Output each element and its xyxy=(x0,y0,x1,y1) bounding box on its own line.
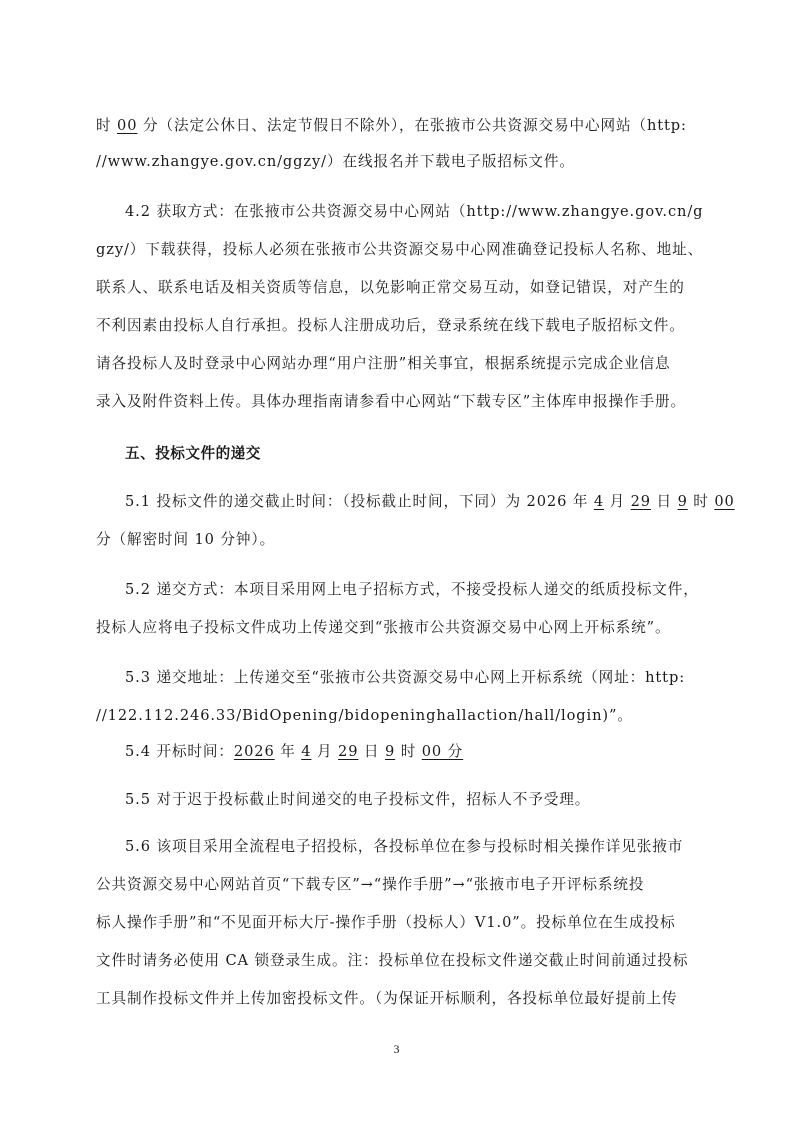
text: 时 xyxy=(688,493,715,510)
text-line: 联系人、联系电话及相关资质等信息，以免影响正常交易互动，如登记错误，对产生的 xyxy=(96,278,706,298)
text-line: 5.3 递交地址：上传递交至“张掖市公共资源交易中心网上开标系统（网址：http… xyxy=(125,668,735,688)
underlined-day: 29 xyxy=(338,743,358,760)
text-line: 录入及附件资料上传。具体办理指南请参看中心网站“下载专区”主体库申报操作手册。 xyxy=(96,392,706,412)
text-line: 公共资源交易中心网站首页“下载专区”→“操作手册”→“张掖市电子开评标系统投 xyxy=(96,875,706,895)
text-line: 分（解密时间 10 分钟）。 xyxy=(96,530,706,550)
underlined-minute: 00 xyxy=(714,493,734,510)
document-page: 时 00 分（法定公休日、法定节假日不除外），在张掖市公共资源交易中心网站（ht… xyxy=(0,0,793,1122)
text-line: //www.zhangye.gov.cn/ggzy/）在线报名并下载电子版招标文… xyxy=(96,152,706,172)
text-line: 5.2 递交方式：本项目采用网上电子招标方式，不接受投标人递交的纸质投标文件， xyxy=(125,580,735,600)
text-line: //122.112.246.33/BidOpening/bidopeningha… xyxy=(96,706,706,726)
section-heading: 五、投标文件的递交 xyxy=(125,444,735,464)
text: 日 xyxy=(651,493,678,510)
text-line: 5.6 该项目采用全流程电子招投标，各投标单位在参与投标时相关操作详见张掖市 xyxy=(125,837,735,857)
text: 时 xyxy=(395,743,422,760)
text: 月 xyxy=(604,493,631,510)
text-line: 4.2 获取方式：在张掖市公共资源交易中心网站（http://www.zhang… xyxy=(125,202,735,222)
underlined-hour: 9 xyxy=(678,493,688,510)
text-line: gzy/）下载获得，投标人必须在张掖市公共资源交易中心网准确登记投标人名称、地址… xyxy=(96,240,706,260)
underlined-minute: 00 xyxy=(117,117,137,134)
text-line: 5.4 开标时间：2026 年 4 月 29 日 9 时 00 分 xyxy=(125,742,735,762)
text: 月 xyxy=(311,743,338,760)
text-line: 请各投标人及时登录中心网站办理“用户注册”相关事宜，根据系统提示完成企业信息 xyxy=(96,354,706,374)
text-line: 文件时请务必使用 CA 锁登录生成。注：投标单位在投标文件递交截止时间前通过投标 xyxy=(96,951,706,971)
text: 日 xyxy=(358,743,385,760)
text: 时 xyxy=(96,117,117,134)
text: 5.1 投标文件的递交截止时间：（投标截止时间，下同）为 2026 年 xyxy=(125,493,594,510)
underlined-year: 2026 xyxy=(234,743,275,760)
text: 年 xyxy=(275,743,302,760)
underlined-hour: 9 xyxy=(385,743,395,760)
text: 5.4 开标时间： xyxy=(125,743,234,760)
text: 分（法定公休日、法定节假日不除外），在张掖市公共资源交易中心网站（http: xyxy=(137,117,686,134)
underlined-day: 29 xyxy=(631,493,651,510)
text-line: 投标人应将电子投标文件成功上传递交到“张掖市公共资源交易中心网上开标系统”。 xyxy=(96,618,706,638)
text-line: 时 00 分（法定公休日、法定节假日不除外），在张掖市公共资源交易中心网站（ht… xyxy=(96,116,706,136)
underlined-month: 4 xyxy=(594,493,604,510)
text-line: 5.5 对于迟于投标截止时间递交的电子投标文件，招标人不予受理。 xyxy=(125,790,735,810)
text-line: 不利因素由投标人自行承担。投标人注册成功后，登录系统在线下载电子版招标文件。 xyxy=(96,316,706,336)
page-number: 3 xyxy=(0,1042,793,1057)
text-line: 5.1 投标文件的递交截止时间：（投标截止时间，下同）为 2026 年 4 月 … xyxy=(125,492,735,512)
text-line: 工具制作投标文件并上传加密投标文件。（为保证开标顺利，各投标单位最好提前上传 xyxy=(96,989,706,1009)
underlined-month: 4 xyxy=(301,743,311,760)
text-line: 标人操作手册”和“不见面开标大厅-操作手册（投标人）V1.0”。投标单位在生成投… xyxy=(96,913,706,933)
underlined-minute: 00 分 xyxy=(422,743,463,760)
